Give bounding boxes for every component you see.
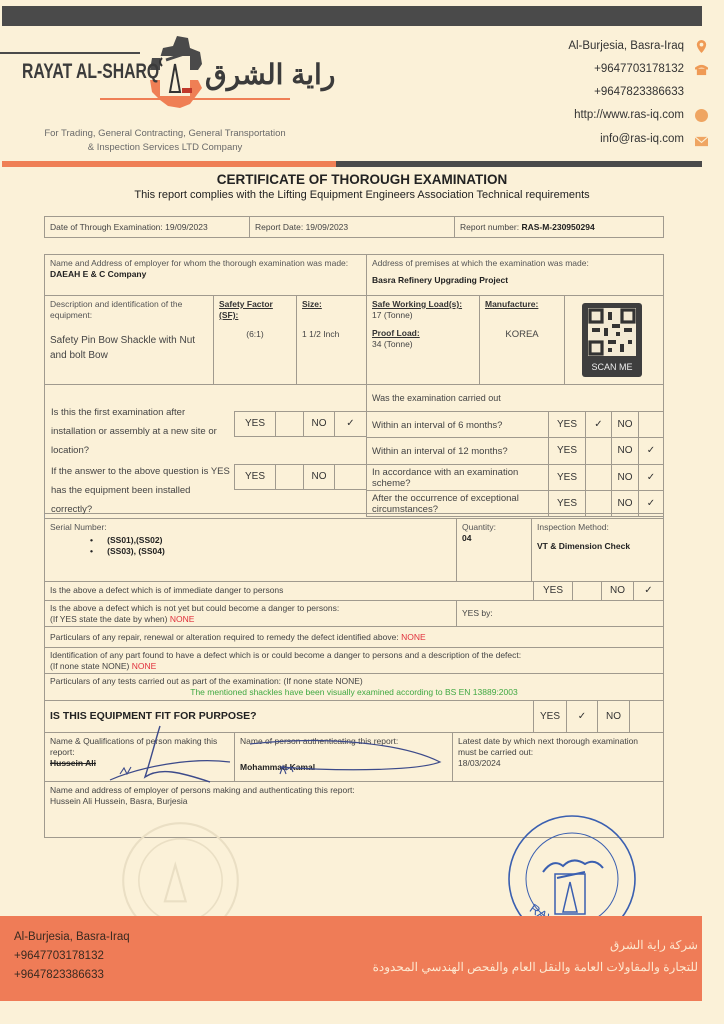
first-exam-yes-label: YES [234,411,276,437]
size-cell: Size: 1 1/2 Inch [296,295,367,385]
exam-date-cell: Date of Through Examination: 19/09/2023 [44,216,250,238]
interval-yes-label: YES [548,411,586,438]
next-exam-label: Latest date by which next thorough exami… [458,736,658,758]
safety-factor-label: Safety Factor (SF): [219,299,291,321]
interval-no-label: NO [611,437,639,465]
footer-phone-2[interactable]: +9647823386633 [14,969,104,981]
header-top-bar [2,6,702,26]
repair-label: Particulars of any repair, renewal or al… [50,632,399,642]
interval-no-checkbox[interactable]: ✓ [638,490,664,517]
employer-of-persons-value: Hussein Ali Hussein, Basra, Burjesia [50,796,658,807]
company-name-ar: راية الشرق [205,58,335,91]
header-divider-gray [336,161,702,167]
load-cell: Safe Working Load(s): 17 (Tonne) Proof L… [366,295,480,385]
interval-no-checkbox[interactable]: ✓ [638,437,664,465]
interval-yes-checkbox[interactable] [585,437,612,465]
swl-value: 17 (Tonne) [372,310,474,321]
part-defect-note: (If none state NONE) [50,661,129,671]
immediate-danger-label: Is the above a defect which is of immedi… [50,585,283,595]
footer-address: Al-Burjesia, Basra-Iraq [14,931,130,943]
mail-icon [695,135,708,148]
report-number-label: Report number: [460,222,519,232]
interval-yes-checkbox[interactable] [585,490,612,517]
premises-cell: Address of premises at which the examina… [366,254,664,296]
tagline-line-2: & Inspection Services LTD Company [20,141,310,155]
fit-for-purpose-question: IS THIS EQUIPMENT FIT FOR PURPOSE? [50,710,257,722]
first-exam-yes-checkbox[interactable] [275,411,304,437]
report-date-cell: Report Date: 19/09/2023 [249,216,455,238]
globe-icon [695,109,708,122]
report-date-label: Report Date: [255,222,303,232]
exam-date-value: 19/09/2023 [165,222,208,232]
safety-factor-cell: Safety Factor (SF): (6:1) [213,295,297,385]
immediate-danger-cell: Is the above a defect which is of immedi… [44,581,534,601]
report-number-value: RAS-M-230950294 [521,222,594,232]
footer-phone-1[interactable]: +9647703178132 [14,950,104,962]
manufacture-value: KOREA [485,329,559,340]
footer-band [0,916,702,1001]
immediate-danger-no-label: NO [601,581,634,601]
description-label: Description and identification of the eq… [50,299,208,321]
description-value: Safety Pin Bow Shackle with Nut and bolt… [50,333,208,363]
interval-yes-label: YES [548,490,586,517]
inspection-method-cell: Inspection Method: VT & Dimension Check [531,518,664,582]
first-exam-question: Is this the first examination after inst… [51,403,231,460]
manufacture-cell: Manufacture: KOREA [479,295,565,385]
exam-carried-out-heading: Was the examination carried out [372,393,501,404]
part-defect-cell: Identification of any part found to have… [44,647,664,674]
quantity-cell: Quantity: 04 [456,518,532,582]
repair-cell: Particulars of any repair, renewal or al… [44,626,664,648]
yes-by-cell: YES by: [456,600,664,627]
employer-cell: Name and Address of employer for whom th… [44,254,367,296]
tagline-line-1: For Trading, General Contracting, Genera… [20,127,310,141]
company-name-en: RAYAT AL-SHARQ [22,60,159,84]
employer-label: Name and Address of employer for whom th… [50,258,361,269]
scan-me-label: SCAN ME [582,362,642,373]
serial-cell: Serial Number: • (SS01),(SS02) • (SS03),… [44,518,457,582]
installed-no-checkbox[interactable] [334,464,367,490]
tests-cell: Particulars of any tests carried out as … [44,673,664,701]
location-pin-icon [695,40,708,53]
premises-value: Basra Refinery Upgrading Project [372,275,658,286]
first-exam-cell: Is this the first examination after inst… [44,384,367,514]
first-exam-no-checkbox[interactable]: ✓ [334,411,367,437]
interval-question: Within an interval of 12 months? [366,437,549,465]
interval-no-label: NO [611,464,639,491]
future-danger-note: (If YES state the date by when) [50,614,168,624]
safety-factor-value: (6:1) [219,329,291,340]
interval-yes-label: YES [548,437,586,465]
report-date-value: 19/09/2023 [306,222,349,232]
size-value: 1 1/2 Inch [302,329,361,340]
logo-line-bottom [100,98,290,100]
size-label: Size: [302,299,361,310]
interval-question: Within an interval of 6 months? [366,411,549,438]
tests-label: Particulars of any tests carried out as … [50,676,658,687]
inspection-method-value: VT & Dimension Check [537,541,658,552]
installed-correctly-question: If the answer to the above question is Y… [51,462,231,519]
proof-load-value: 34 (Tonne) [372,339,474,350]
interval-no-checkbox[interactable] [638,411,664,438]
yes-by-label: YES by: [462,608,493,618]
part-defect-value: NONE [132,661,157,671]
interval-question: In accordance with an examination scheme… [366,464,549,491]
exam-date-label: Date of Through Examination: [50,222,163,232]
quantity-label: Quantity: [462,522,526,533]
fit-yes-checkbox[interactable]: ✓ [566,700,598,733]
next-exam-cell: Latest date by which next thorough exami… [452,732,664,782]
tagline: For Trading, General Contracting, Genera… [20,127,310,155]
employer-value: DAEAH E & C Company [50,269,361,280]
phone-icon [695,63,708,76]
future-danger-value: NONE [170,614,195,624]
immediate-danger-yes-label: YES [533,581,573,601]
qr-code-icon [588,308,636,356]
first-exam-no-label: NO [303,411,335,437]
fit-yes-label: YES [533,700,567,733]
premises-label: Address of premises at which the examina… [372,258,658,269]
inspection-method-label: Inspection Method: [537,522,658,533]
immediate-danger-yes-checkbox[interactable] [572,581,602,601]
installed-yes-label: YES [234,464,276,490]
swl-label: Safe Working Load(s): [372,299,474,310]
certificate-title: CERTIFICATE OF THOROUGH EXAMINATION [0,172,724,187]
interval-no-label: NO [611,411,639,438]
serial-item-2: • (SS03), (SS04) [90,546,451,557]
interval-yes-checkbox[interactable]: ✓ [585,411,612,438]
interval-no-label: NO [611,490,639,517]
quantity-value: 04 [462,533,526,544]
logo-line-top [0,52,140,54]
future-danger-label: Is the above a defect which is not yet b… [50,603,451,614]
qr-cell: SCAN ME [564,295,664,385]
tests-value: The mentioned shackles have been visuall… [50,687,658,698]
interval-question: After the occurrence of exceptional circ… [366,490,549,517]
future-danger-cell: Is the above a defect which is not yet b… [44,600,457,627]
serial-label: Serial Number: [50,522,451,533]
interval-no-checkbox[interactable]: ✓ [638,464,664,491]
qr-code[interactable]: SCAN ME [582,303,642,377]
signature-scribbles [100,722,450,792]
part-defect-label: Identification of any part found to have… [50,650,658,661]
report-number-cell: Report number: RAS-M-230950294 [454,216,664,238]
next-exam-date: 18/03/2024 [458,758,658,769]
interval-yes-checkbox[interactable] [585,464,612,491]
interval-yes-label: YES [548,464,586,491]
contact-phone-1[interactable]: +9647703178132 [594,63,684,75]
footer-company-ar: شركة راية الشرق [610,938,698,952]
installed-yes-checkbox[interactable] [275,464,304,490]
contact-email[interactable]: info@ras-iq.com [600,133,684,145]
manufacture-label: Manufacture: [485,299,559,310]
installed-no-label: NO [303,464,335,490]
certificate-subtitle: This report complies with the Lifting Eq… [0,189,724,201]
serial-item-1: • (SS01),(SS02) [90,535,451,546]
header-divider-orange [2,161,336,167]
contact-website[interactable]: http://www.ras-iq.com [574,109,684,121]
repair-value: NONE [401,632,426,642]
proof-load-label: Proof Load: [372,328,474,339]
fit-no-checkbox[interactable] [629,700,664,733]
footer-tagline-ar: للتجارة والمقاولات العامة والنقل العام و… [373,960,698,974]
contact-phone-2[interactable]: +9647823386633 [594,86,684,98]
contact-address: Al-Burjesia, Basra-Iraq [568,40,684,52]
fit-no-label: NO [597,700,630,733]
immediate-danger-no-checkbox[interactable]: ✓ [633,581,664,601]
description-cell: Description and identification of the eq… [44,295,214,385]
